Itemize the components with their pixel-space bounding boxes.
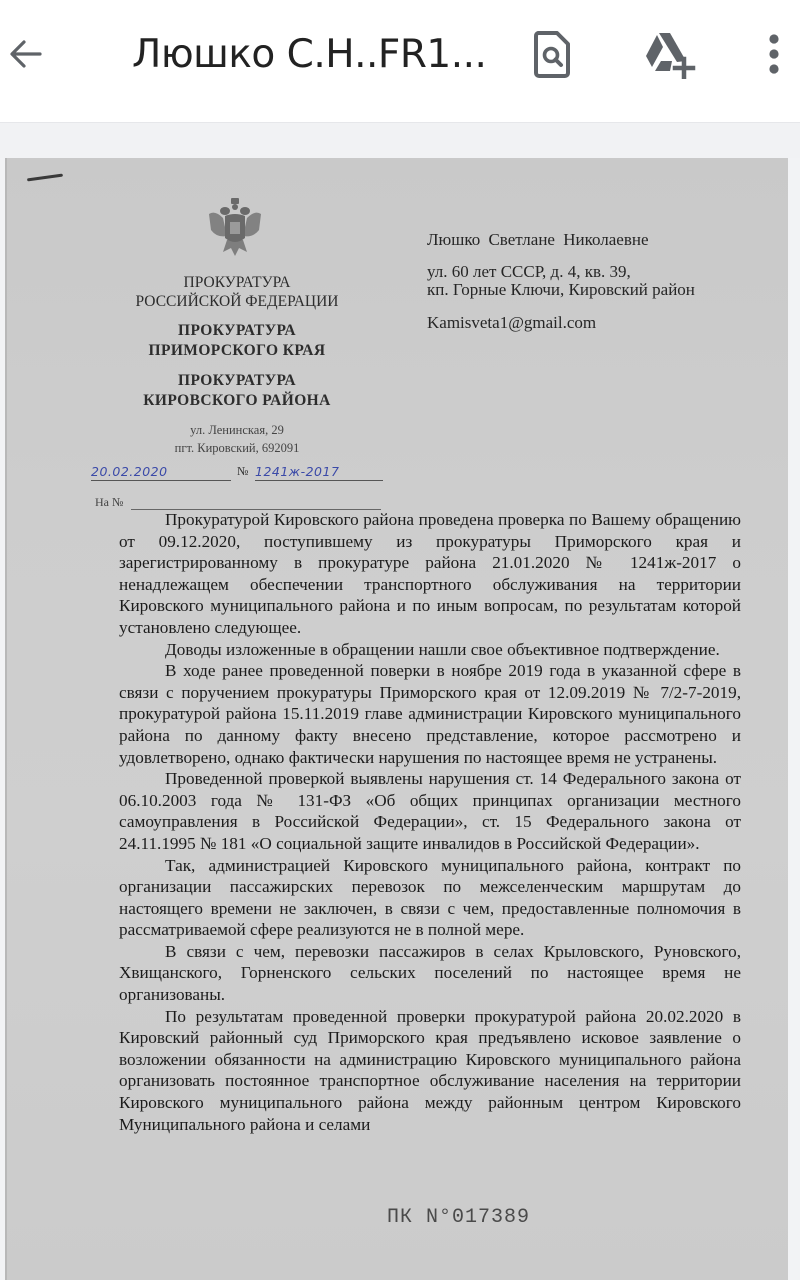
org-header-district: ПРОКУРАТУРА КИРОВСКОГО РАЙОНА [125, 371, 349, 411]
org-line: КИРОВСКОГО РАЙОНА [125, 391, 349, 411]
search-in-document-button[interactable] [524, 26, 580, 82]
address-line: пгт. Кировский, 692091 [125, 439, 349, 457]
recipient-name: Люшко Светлане Николаевне [427, 230, 695, 250]
address-line: кп. Горные Ключи, Кировский район [427, 281, 695, 299]
handwritten-date: 20.02.2020 [91, 464, 231, 481]
document-search-icon [532, 29, 572, 79]
paragraph: Прокуратурой Кировского района проведена… [119, 509, 741, 639]
address-line: ул. Ленинская, 29 [125, 421, 349, 439]
recipient-address: ул. 60 лет СССР, д. 4, кв. 39, кп. Горны… [427, 263, 695, 299]
reply-reference: На № [95, 495, 381, 510]
paragraph: Проведенной проверкой выявлены нарушения… [119, 768, 741, 854]
paragraph: В ходе ранее проведенной поверки в ноябр… [119, 660, 741, 768]
paragraph: Доводы изложенные в обращении нашли свое… [119, 639, 741, 661]
handwritten-number: 1241ж-2017 [255, 464, 383, 481]
coat-of-arms-icon [205, 196, 265, 260]
app-bar: Люшко С.Н..FR1... [0, 0, 800, 122]
arrow-back-icon [6, 34, 46, 74]
pen-mark [27, 174, 63, 182]
registration-line: 20.02.2020 № 1241ж-2017 [91, 464, 391, 486]
paragraph: Так, администрацией Кировского муниципал… [119, 855, 741, 941]
more-options-button[interactable] [746, 26, 800, 82]
back-button[interactable] [4, 30, 48, 78]
form-serial-number: ПК N°017389 [387, 1206, 530, 1229]
org-line: ПРОКУРАТУРА [125, 371, 349, 391]
recipient-block: Люшко Светлане Николаевне ул. 60 лет ССС… [427, 230, 695, 333]
org-line: ПРОКУРАТУРА [125, 321, 349, 341]
document-page[interactable]: ПРОКУРАТУРА РОССИЙСКОЙ ФЕДЕРАЦИИ ПРОКУРА… [5, 158, 788, 1280]
reply-label: На № [95, 495, 123, 509]
more-vert-icon [766, 32, 782, 76]
paragraph: По результатам проведенной проверки прок… [119, 1006, 741, 1136]
letter-body: Прокуратурой Кировского района проведена… [119, 509, 741, 1135]
save-to-drive-button[interactable] [642, 26, 698, 82]
viewer-toolbar-spacer [0, 122, 800, 158]
number-label: № [237, 464, 248, 479]
org-line: ПРОКУРАТУРА [125, 273, 349, 292]
org-address: ул. Ленинская, 29 пгт. Кировский, 692091 [125, 421, 349, 457]
google-drive-add-icon [642, 29, 698, 79]
recipient-email: Kamisveta1@gmail.com [427, 313, 695, 333]
org-header-federal: ПРОКУРАТУРА РОССИЙСКОЙ ФЕДЕРАЦИИ [125, 273, 349, 311]
address-line: ул. 60 лет СССР, д. 4, кв. 39, [427, 263, 695, 281]
org-line: РОССИЙСКОЙ ФЕДЕРАЦИИ [125, 292, 349, 311]
paragraph: В связи с чем, перевозки пассажиров в се… [119, 941, 741, 1006]
org-line: ПРИМОРСКОГО КРАЯ [125, 341, 349, 361]
org-header-regional: ПРОКУРАТУРА ПРИМОРСКОГО КРАЯ [125, 321, 349, 361]
document-title: Люшко С.Н..FR1... [132, 30, 486, 80]
